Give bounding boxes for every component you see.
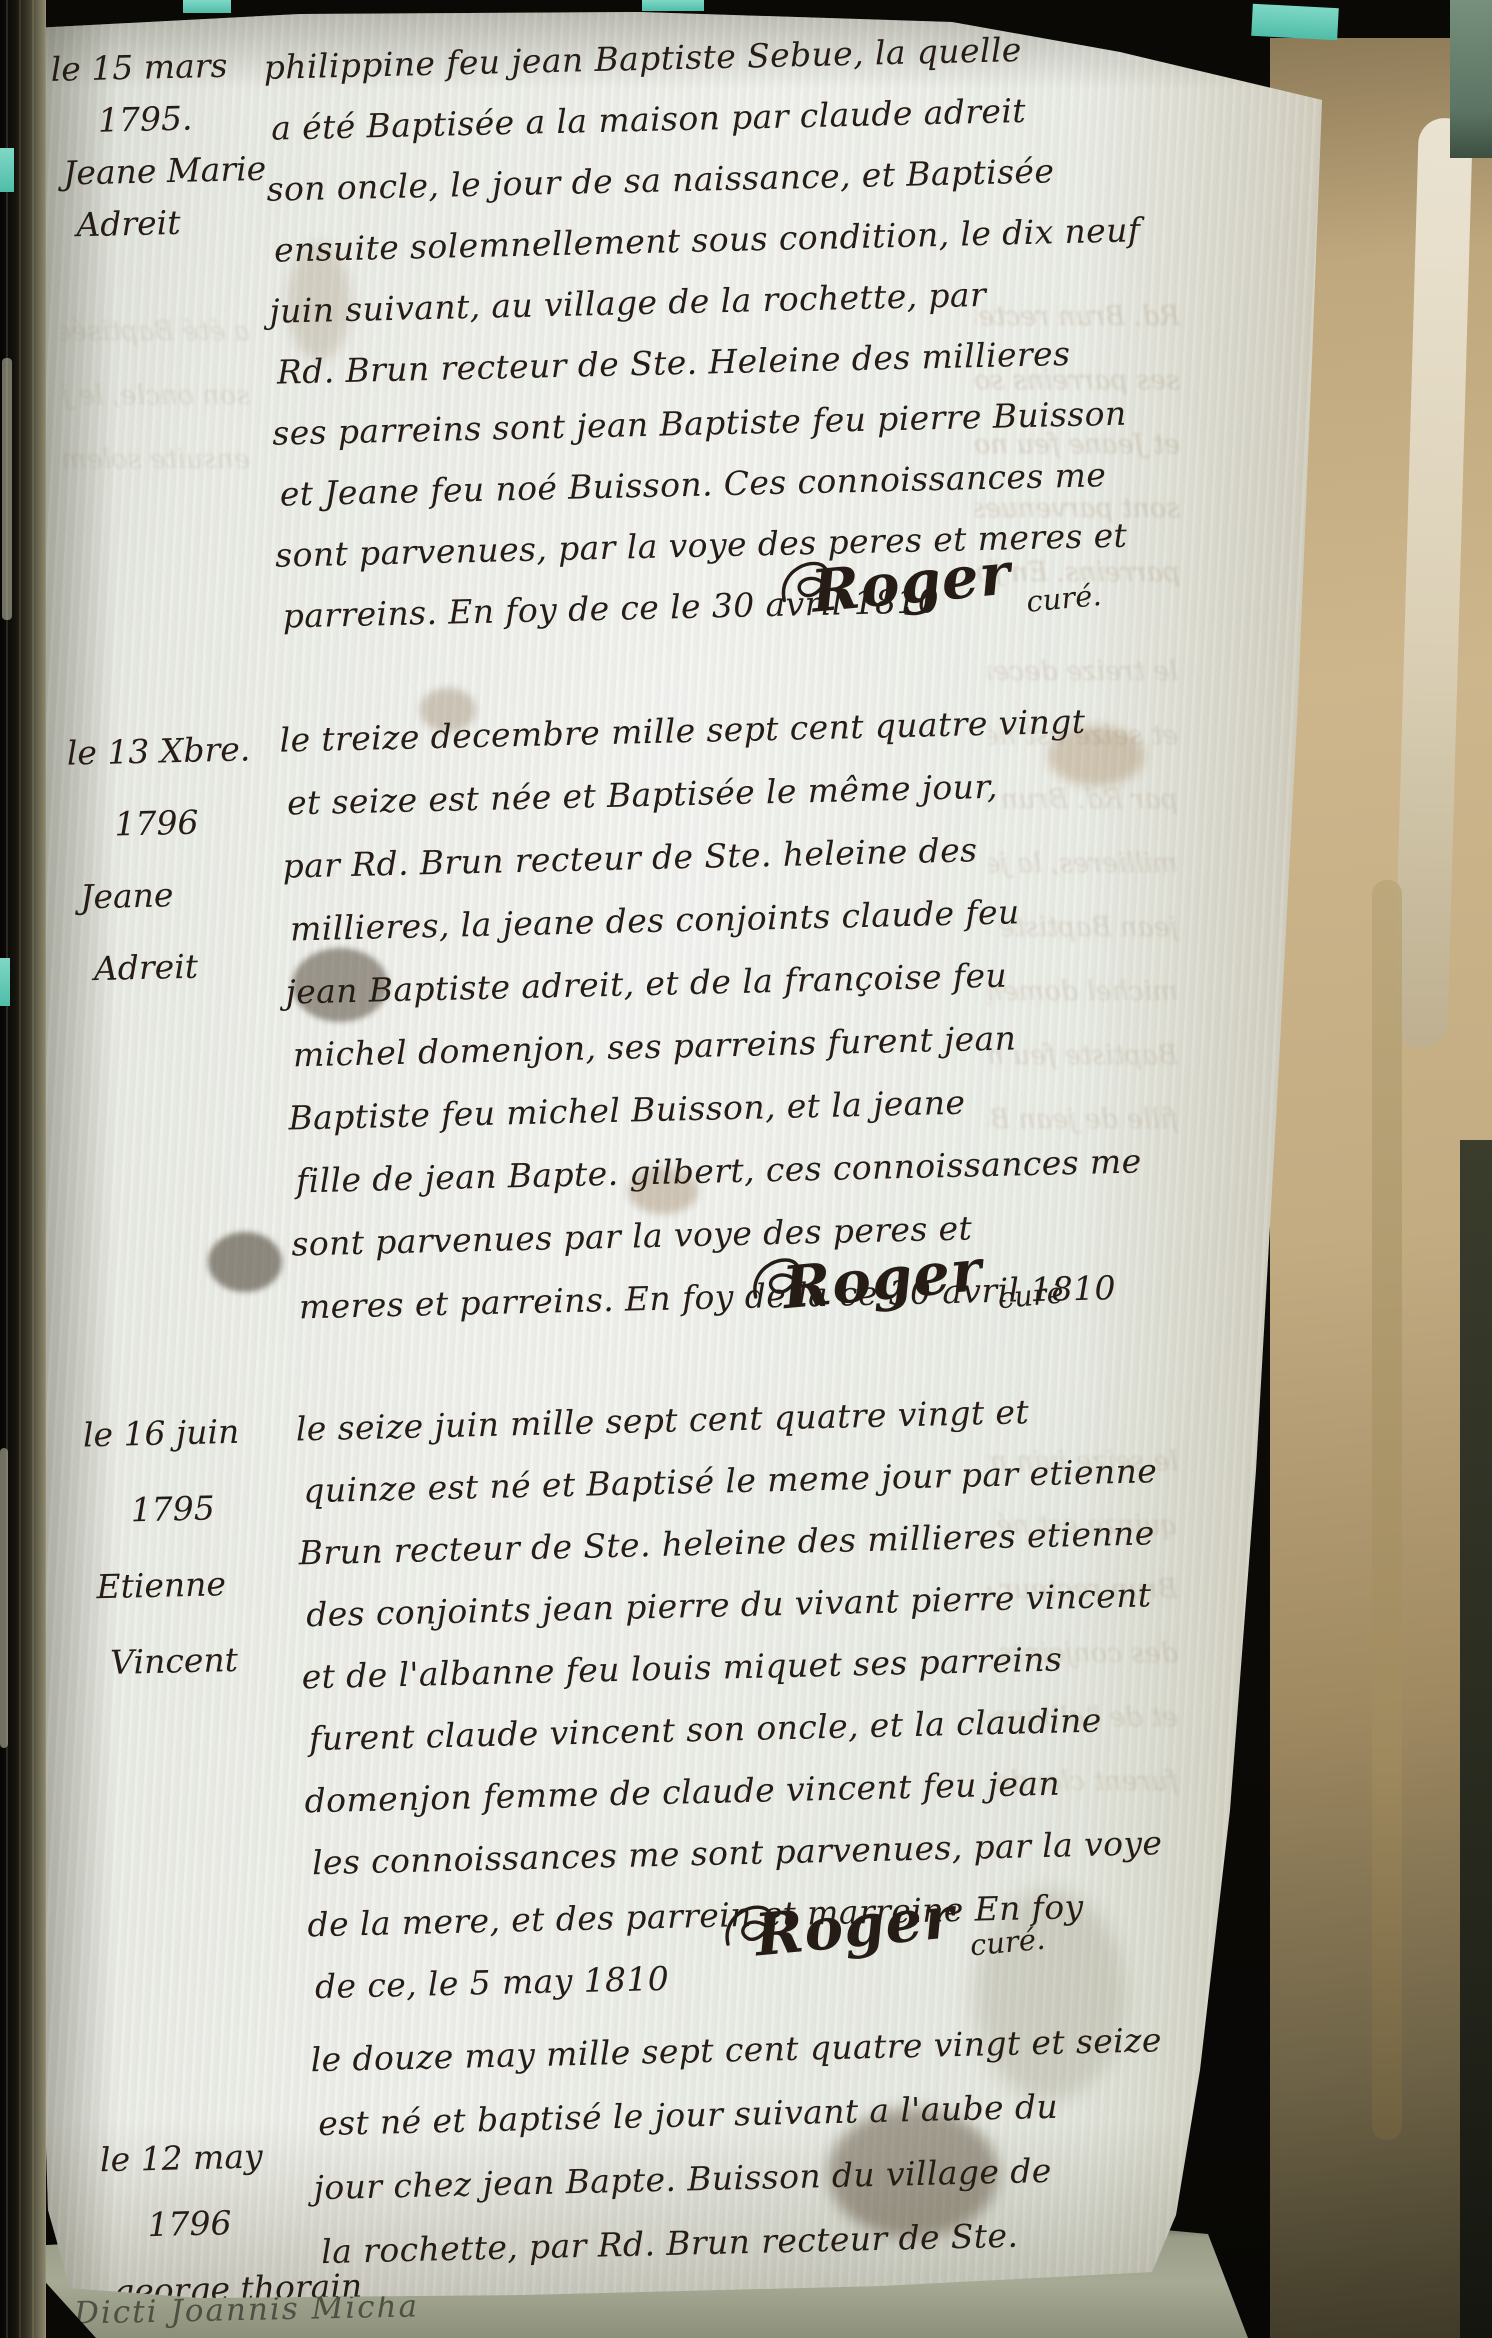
tape-fragment xyxy=(0,958,10,1006)
handwriting-layer: le 15 mars 1795. Jeane Marie Adreit phil… xyxy=(0,0,1492,2338)
binding-edge xyxy=(0,0,46,2338)
margin-line: le 12 may xyxy=(99,2122,320,2193)
manuscript-scan: Dicti Joannis Micha Rd. Brun recteur de … xyxy=(0,0,1492,2338)
margin-line: le 13 Xbre. xyxy=(66,712,288,789)
margin-line: 1796 xyxy=(68,784,290,861)
page-edge-sliver xyxy=(1372,880,1402,2140)
signature-title: curé. xyxy=(969,1922,1047,1963)
margin-line: Jeane xyxy=(69,856,291,933)
tape-fragment xyxy=(642,0,704,11)
margin-line: Jeane Marie xyxy=(53,143,274,200)
signature-flourish-icon xyxy=(746,1247,823,1311)
margin-line: 1795 xyxy=(84,1468,306,1549)
margin-line: 1796 xyxy=(101,2188,322,2259)
page-edge-sliver xyxy=(2,358,12,620)
tape-fragment xyxy=(1251,4,1339,40)
page-edge-sliver xyxy=(0,1448,8,1748)
margin-note-entry-2: le 13 Xbre. 1796 Jeane Adreit xyxy=(66,712,293,1005)
margin-line: Adreit xyxy=(54,195,275,252)
margin-line: Etienne xyxy=(86,1544,308,1625)
margin-line: 1795. xyxy=(51,91,272,148)
signature-title: curé xyxy=(996,1275,1065,1315)
tape-fragment xyxy=(0,148,14,192)
margin-line: Adreit xyxy=(71,928,293,1005)
signature-title: curé. xyxy=(1025,578,1103,619)
margin-line: le 16 juin xyxy=(82,1392,304,1473)
margin-line: le 15 mars xyxy=(50,39,271,96)
manuscript-page: Rd. Brun recteur de Ste. Heleine des mil… xyxy=(0,0,1492,2338)
signature-flourish-icon xyxy=(774,550,851,614)
margin-note-entry-3: le 16 juin 1795 Etienne Vincent xyxy=(82,1392,309,1701)
baptism-entry-4: le douze may mille sept cent quatre ving… xyxy=(310,2008,1167,2284)
signature-flourish-icon xyxy=(718,1894,795,1958)
tape-fragment xyxy=(183,0,231,13)
cover-edge xyxy=(1450,0,1492,158)
page-stack-shadow xyxy=(1460,1140,1492,2338)
margin-line: Vincent xyxy=(87,1620,309,1701)
margin-note-entry-1: le 15 mars 1795. Jeane Marie Adreit xyxy=(50,39,275,252)
page-edge-streaks xyxy=(0,0,46,2338)
